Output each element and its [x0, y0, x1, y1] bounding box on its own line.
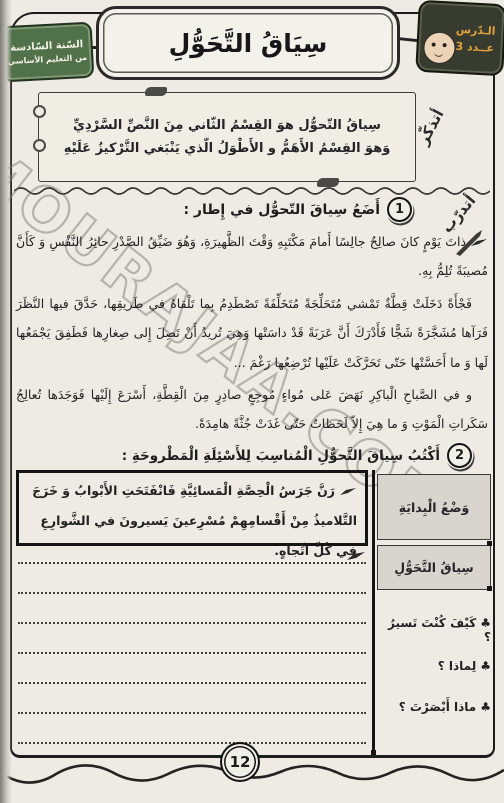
writing-line: [18, 682, 366, 684]
exercise2-header: 2 أَكْتُبُ سِياقَ التَّحوُّلِ الْمُناسِب…: [20, 443, 472, 468]
start-situation-label: وَضْعُ الْبِدايَةِ: [377, 474, 491, 540]
book-gutter-shadow: [0, 0, 12, 803]
question-item: ♣كَيْفَ كُنْتَ تَسيرُ ؟: [377, 616, 491, 644]
transformation-label: سِياقُ التَّحَوُّلِ: [377, 545, 491, 590]
reminder-box: سِياقُ التّحوُّل هوَ القِسْمُ الثّاني مِ…: [38, 92, 416, 182]
exercise2-instruction: أَكْتُبُ سِياقَ التَّحوُّلِ الْمُناسِبَ …: [122, 448, 440, 464]
pen-icon: [339, 487, 357, 497]
lesson-badge-line1: الـدّرس: [456, 23, 496, 38]
worksheet-page: MOURAJAA.COM السّنة السّادسة من التعليم …: [0, 0, 504, 803]
exercise2-number-badge: 2: [447, 443, 472, 468]
question-text: لِماذا ؟: [438, 659, 476, 673]
lesson-title-box: سِيَاقُ التَّحَوُّلِ: [96, 6, 400, 80]
pen-icon: [346, 551, 366, 562]
lesson-badge-line2: عــدد 3: [455, 40, 494, 55]
question-item: ♣ماذا أَبْصَرْتَ ؟: [377, 700, 491, 714]
grade-level-line2: من التعليم الأساسي: [7, 52, 87, 65]
exercise1-number-badge: 1: [387, 197, 412, 222]
wavy-divider: [14, 184, 490, 196]
pen-icon: [470, 238, 488, 248]
question-text: ماذا أَبْصَرْتَ ؟: [399, 700, 477, 714]
writing-line: [18, 742, 366, 744]
ornament-ring-icon: [33, 139, 46, 152]
ornament-scroll-icon: [317, 178, 339, 187]
page-number-badge: 12: [220, 742, 260, 782]
writing-line: [18, 712, 366, 714]
story-paragraph-text: ذاتَ يَوْمٍ كانَ صالِحٌ جالِسًا أَمامَ م…: [16, 234, 488, 278]
lesson-number-badge: الـدّرس عــدد 3: [415, 0, 504, 76]
writing-line: [18, 592, 366, 594]
junction-dot: [371, 750, 376, 755]
question-item: ♣لِماذا ؟: [377, 659, 491, 673]
clover-bullet-icon: ♣: [480, 616, 491, 630]
ornament-ring-icon: [33, 105, 46, 118]
exercise1-instruction: أَضَعُ سِياقَ التّحوُّل في إِطار :: [183, 202, 380, 218]
story-paragraph: فَجْأَةً دَخَلَتْ قِطَّةٌ تَمْشي مُتَحَل…: [16, 289, 488, 377]
exercise1-header: 1 أَضَعُ سِياقَ التّحوُّل في إِطار :: [20, 197, 412, 222]
child-face-icon: [423, 31, 457, 65]
question-text: كَيْفَ كُنْتَ تَسيرُ ؟: [388, 616, 491, 644]
table-column-separator: [372, 470, 375, 753]
clover-bullet-icon: ♣: [480, 659, 491, 673]
clover-bullet-icon: ♣: [480, 700, 491, 714]
page-title: سِيَاقُ التَّحَوُّلِ: [169, 29, 328, 58]
ornament-scroll-icon: [145, 87, 167, 96]
grade-level-badge: السّنة السّادسة من التعليم الأساسي: [0, 22, 94, 83]
page-number: 12: [230, 753, 251, 771]
story-paragraph: و في الصَّباحِ الْباكِرِ نَهَضَ عَلى مُو…: [16, 380, 488, 439]
writing-line: [18, 562, 366, 564]
reminder-line1: سِياقُ التّحوُّل هوَ القِسْمُ الثّاني مِ…: [73, 118, 381, 133]
story-paragraph: ذاتَ يَوْمٍ كانَ صالِحٌ جالِسًا أَمامَ م…: [16, 227, 488, 286]
junction-dot: [487, 586, 492, 591]
writing-line: [18, 622, 366, 624]
start-situation-text-cell: رَنَّ جَرَسُ الْحِصَّةِ الْمَسائِيَّةِ ف…: [16, 470, 368, 546]
reminder-line2: وَهوَ القِسْمُ الأَهَمُّ و الأَطْوَلُ ال…: [64, 141, 391, 156]
junction-dot: [487, 541, 492, 546]
grade-level-line1: السّنة السّادسة: [10, 39, 84, 54]
story-text-block: ذاتَ يَوْمٍ كانَ صالِحٌ جالِسًا أَمامَ م…: [16, 227, 488, 442]
writing-line: [18, 652, 366, 654]
